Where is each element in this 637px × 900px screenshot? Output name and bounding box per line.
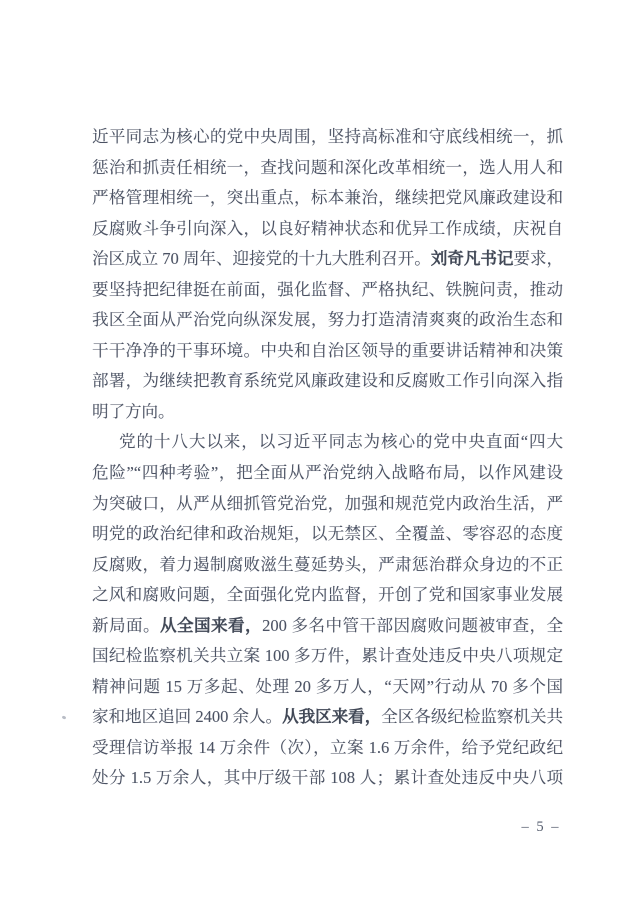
body-text: 近平同志为核心的党中央周围，坚持高标准和守底线相统一，抓惩治和抓责任相统一，查找… [92,122,563,794]
text-line: 党的十八大以来，以习近平同志为核心的党中央直面“四大 [92,427,563,458]
text-line: 处分 1.5 万余人，其中厅级干部 108 人；累计查处违反中央八项 [92,763,563,794]
text-line: 之风和腐败问题，全面强化党内监督，开创了党和国家事业发展 [92,580,563,611]
text-line: 惩治和抓责任相统一，查找问题和深化改革相统一，选人用人和 [92,153,563,184]
text-segment: 明了方向。 [92,402,175,421]
text-segment: 精神问题 15 万多起、处理 20 多万人，“天网”行动从 70 多个国 [92,677,563,696]
page-number: – 5 – [514,819,568,836]
bold-text-segment: 刘奇凡书记 [431,250,514,268]
text-line: 家和地区追回 2400 余人。从我区来看，全区各级纪检监察机关共 [92,702,563,733]
text-segment: 危险”“四种考验”，把全面从严治党纳入战略布局，以作风建设 [92,463,563,482]
text-segment: 为突破口，从严从细抓管党治党，加强和规范党内政治生活，严 [92,494,563,513]
text-line: 干干净净的干事环境。中央和自治区领导的重要讲话精神和决策 [92,336,563,367]
text-line: 危险”“四种考验”，把全面从严治党纳入战略布局，以作风建设 [92,458,563,489]
text-segment: 干干净净的干事环境。中央和自治区领导的重要讲话精神和决策 [92,341,563,360]
text-segment: 治区成立 70 周年、迎接党的十九大胜利召开。 [92,249,431,268]
text-line: 我区全面从严治党向纵深发展，努力打造清清爽爽的政治生态和 [92,305,563,336]
text-line: 明党的政治纪律和政治规矩，以无禁区、全覆盖、零容忍的态度 [92,519,563,550]
text-line: 反腐败，着力遏制腐败滋生蔓延势头，严肃惩治群众身边的不正 [92,550,563,581]
text-segment: 近平同志为核心的党中央周围，坚持高标准和守底线相统一，抓 [92,127,563,146]
text-segment: 我区全面从严治党向纵深发展，努力打造清清爽爽的政治生态和 [92,310,563,329]
text-line: 反腐败斗争引向深入，以良好精神状态和优异工作成绩，庆祝自 [92,214,563,245]
text-line: 为突破口，从严从细抓管党治党，加强和规范党内政治生活，严 [92,489,563,520]
text-line: 精神问题 15 万多起、处理 20 多万人，“天网”行动从 70 多个国 [92,672,563,703]
text-segment: 要坚持把纪律挺在前面，强化监督、严格执纪、铁腕问责，推动 [92,280,563,299]
text-segment: 反腐败斗争引向深入，以良好精神状态和优异工作成绩，庆祝自 [92,219,563,238]
text-line: 近平同志为核心的党中央周围，坚持高标准和守底线相统一，抓 [92,122,563,153]
ink-speck [62,715,67,719]
document-page: 近平同志为核心的党中央周围，坚持高标准和守底线相统一，抓惩治和抓责任相统一，查找… [0,0,637,900]
text-line: 新局面。从全国来看，200 多名中管干部因腐败问题被审查，全 [92,611,563,642]
text-segment: 受理信访举报 14 万余件（次），立案 1.6 万余件，给予党纪政纪 [92,738,563,757]
text-line: 部署，为继续把教育系统党风廉政建设和反腐败工作引向深入指 [92,366,563,397]
text-segment: 惩治和抓责任相统一，查找问题和深化改革相统一，选人用人和 [92,158,563,177]
bold-text-segment: 从全国来看， [160,617,262,635]
text-line: 治区成立 70 周年、迎接党的十九大胜利召开。刘奇凡书记要求， [92,244,563,275]
text-segment: 家和地区追回 2400 余人。 [92,707,282,726]
text-line: 严格管理相统一，突出重点，标本兼治，继续把党风廉政建设和 [92,183,563,214]
text-line: 国纪检监察机关共立案 100 多万件，累计查处违反中央八项规定 [92,641,563,672]
bold-text-segment: 从我区来看， [282,708,381,726]
text-line: 明了方向。 [92,397,563,428]
text-line: 要坚持把纪律挺在前面，强化监督、严格执纪、铁腕问责，推动 [92,275,563,306]
text-line: 受理信访举报 14 万余件（次），立案 1.6 万余件，给予党纪政纪 [92,733,563,764]
text-segment: 之风和腐败问题，全面强化党内监督，开创了党和国家事业发展 [92,585,563,604]
text-segment: 党的十八大以来，以习近平同志为核心的党中央直面“四大 [119,432,563,451]
text-segment: 200 多名中管干部因腐败问题被审查，全 [262,616,563,635]
text-segment: 严格管理相统一，突出重点，标本兼治，继续把党风廉政建设和 [92,188,563,207]
text-segment: 反腐败，着力遏制腐败滋生蔓延势头，严肃惩治群众身边的不正 [92,555,563,574]
text-segment: 新局面。 [92,616,160,635]
text-segment: 明党的政治纪律和政治规矩，以无禁区、全覆盖、零容忍的态度 [92,524,563,543]
text-segment: 全区各级纪检监察机关共 [381,707,563,726]
text-segment: 部署，为继续把教育系统党风廉政建设和反腐败工作引向深入指 [92,371,563,390]
text-segment: 国纪检监察机关共立案 100 多万件，累计查处违反中央八项规定 [92,646,563,665]
text-segment: 要求， [513,249,563,268]
text-segment: 处分 1.5 万余人，其中厅级干部 108 人；累计查处违反中央八项 [92,768,563,787]
